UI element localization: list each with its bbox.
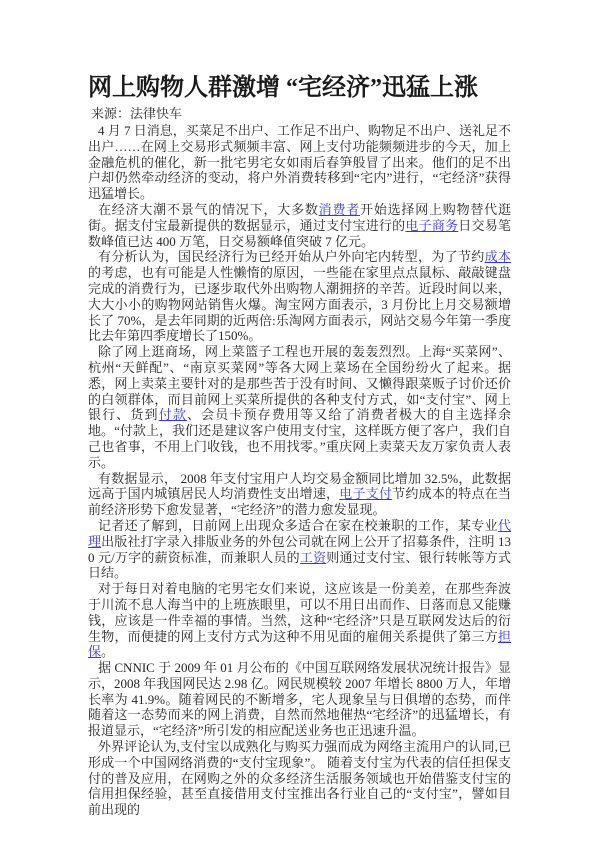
inline-link[interactable]: 电子支付 — [339, 486, 392, 501]
inline-link[interactable]: 电子商务 — [405, 218, 458, 233]
text-run: 对于每日对着电脑的宅男宅女们来说，这应该是一份美差，在那些奔波于川流不息人海当中… — [88, 581, 511, 643]
paragraph: 据 CNNIC 于 2009 年 01 月公布的《中国互联网络发展状况统计报告》… — [88, 660, 511, 739]
paragraph: 有分析认为，国民经济行为已经开始从户外向宅内转型，为了节约成本的考虑，也有可能是… — [88, 249, 511, 344]
article-paragraphs: 4 月 7 日消息，买菜足不出户、工作足不出户、购物足不出户、送礼足不出户……在… — [88, 123, 511, 818]
article-title: 网上购物人群激增 “宅经济”迅猛上涨 — [88, 74, 500, 103]
text-run: 记者还了解到，日前网上出现众多适合在家在校兼职的工作，某专业 — [98, 518, 498, 533]
paragraph: 对于每日对着电脑的宅男宅女们来说，这应该是一份美差，在那些奔波于川流不息人海当中… — [88, 581, 511, 660]
text-run: 在经济大潮不景气的情况下，大多数 — [98, 202, 319, 217]
paragraph: 有数据显示， 2008 年支付宝用户人均交易金额同比增加 32.5%，此数据远高… — [88, 471, 511, 518]
text-run: 据 CNNIC 于 2009 年 01 月公布的《中国互联网络发展状况统计报告》… — [88, 660, 511, 738]
article-page: 网上购物人群激增 “宅经济”迅猛上涨 来源：法律快车 4 月 7 日消息，买菜足… — [0, 0, 595, 842]
inline-link[interactable]: 工资 — [300, 550, 326, 565]
paragraph: 外界评论认为,支付宝以成熟化与购买力强而成为网络主流用户的认同,已形成一个中国网… — [88, 739, 511, 818]
text-run: 。 — [101, 644, 114, 659]
text-run: 外界评论认为,支付宝以成熟化与购买力强而成为网络主流用户的认同,已形成一个中国网… — [88, 739, 511, 817]
text-run: 的考虑，也有可能是人性懒惰的原因，一些能在家里点点鼠标、敲敲键盘完成的消费行为，… — [88, 265, 511, 343]
paragraph: 在经济大潮不景气的情况下，大多数消费者开始选择网上购物替代逛街。据支付宝最新提供… — [88, 202, 511, 249]
paragraph: 4 月 7 日消息，买菜足不出户、工作足不出户、购物足不出户、送礼足不出户……在… — [88, 123, 511, 202]
paragraph: 记者还了解到，日前网上出现众多适合在家在校兼职的工作，某专业代理出版社打字录入排… — [88, 518, 511, 581]
inline-link[interactable]: 消费者 — [319, 202, 360, 217]
article-source: 来源：法律快车 — [91, 106, 511, 121]
paragraph: 除了网上逛商场，网上菜篮子工程也开展的轰轰烈烈。上海“买菜网”、杭州“天鲜配”、… — [88, 344, 511, 470]
inline-link[interactable]: 付款 — [159, 407, 187, 422]
article-content: 网上购物人群激增 “宅经济”迅猛上涨 来源：法律快车 4 月 7 日消息，买菜足… — [0, 0, 595, 818]
text-run: 有分析认为，国民经济行为已经开始从户外向宅内转型，为了节约 — [98, 249, 485, 264]
text-run: 4 月 7 日消息，买菜足不出户、工作足不出户、购物足不出户、送礼足不出户……在… — [88, 123, 511, 201]
inline-link[interactable]: 成本 — [485, 249, 511, 264]
